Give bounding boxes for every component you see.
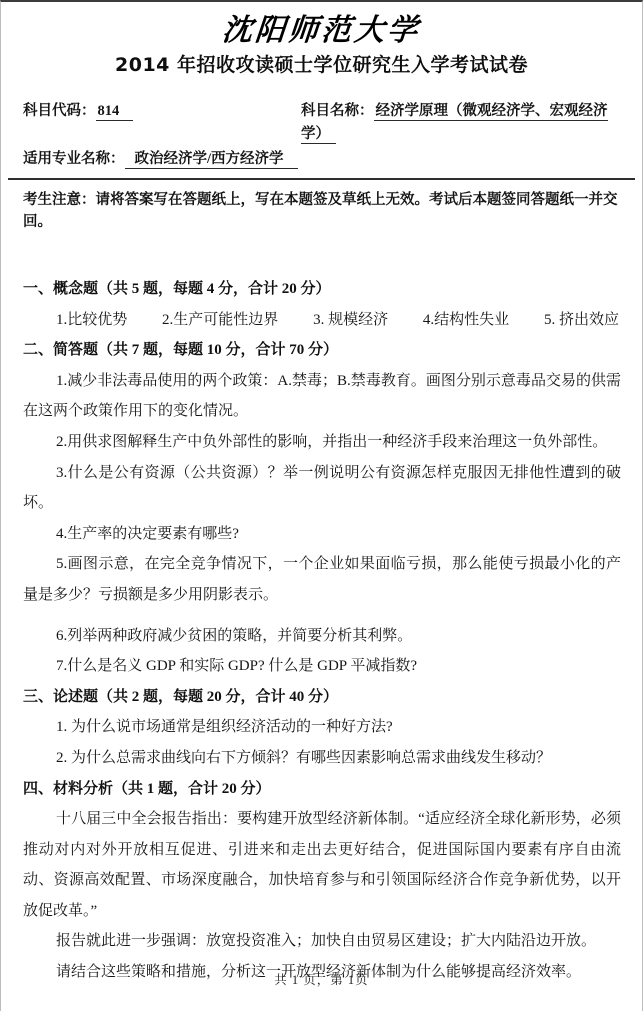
- university-logo: 沈阳师范大学: [0, 5, 643, 49]
- section-4-heading: 四、材料分析（共 1 题，合计 20 分）: [23, 774, 621, 805]
- section-2-question-3: 3.什么是公有资源（公共资源）？举一例说明公有资源怎样克服因无排他性遭到的破坏。: [23, 458, 621, 519]
- subject-name-field: 科目名称：经济学原理（微观经济学、宏观经济学）: [301, 100, 622, 146]
- concept-item-1: 1.比较优势: [56, 305, 127, 336]
- subject-name-label: 科目名称：: [301, 103, 374, 119]
- exam-body: 一、概念题（共 5 题，每题 4 分，合计 20 分） 1.比较优势 2.生产可…: [23, 274, 621, 988]
- concept-item-3: 3. 规模经济: [313, 305, 388, 336]
- subject-info-block: 科目代码：814 科目名称：经济学原理（微观经济学、宏观经济学） 适用专业名称：…: [23, 100, 622, 171]
- concept-items-row: 1.比较优势 2.生产可能性边界 3. 规模经济 4.结构性失业 5. 挤出效应: [23, 305, 621, 336]
- notice-to-candidates: 考生注意：请将答案写在答题纸上，写在本题签及草纸上无效。考试后本题签同答题纸一并…: [23, 189, 624, 233]
- section-1-heading: 一、概念题（共 5 题，每题 4 分，合计 20 分）: [23, 274, 621, 305]
- page-number: 共 1 页，第 1页: [1, 970, 642, 988]
- section-3-question-2: 2. 为什么总需求曲线向右下方倾斜？有哪些因素影响总需求曲线发生移动？: [23, 743, 621, 774]
- subject-info-row-1: 科目代码：814 科目名称：经济学原理（微观经济学、宏观经济学）: [23, 100, 622, 146]
- subject-code-label: 科目代码：: [23, 103, 96, 119]
- section-4-material-paragraph: 十八届三中全会报告指出：要构建开放型经济新体制。“适应经济全球化新形势，必须推动…: [23, 804, 621, 926]
- subject-code-field: 科目代码：814: [23, 100, 301, 146]
- subject-info-row-2: 适用专业名称：政治经济学/西方经济学: [23, 148, 622, 171]
- section-2-question-2: 2.用供求图解释生产中负外部性的影响，并指出一种经济手段来治理这一负外部性。: [23, 427, 621, 458]
- subject-code-value: 814: [96, 103, 134, 121]
- section-3-question-1: 1. 为什么说市场通常是组织经济活动的一种好方法?: [23, 712, 621, 743]
- divider-line: [8, 178, 635, 180]
- section-3-heading: 三、论述题（共 2 题，每题 20 分，合计 40 分）: [23, 682, 621, 713]
- concept-item-5: 5. 挤出效应: [544, 305, 619, 336]
- concept-item-2: 2.生产可能性边界: [162, 305, 278, 336]
- major-label: 适用专业名称：: [23, 151, 125, 167]
- section-4-emphasis-paragraph: 报告就此进一步强调：放宽投资准入；加快自由贸易区建设；扩大内陆沿边开放。: [23, 926, 621, 957]
- major-field: 适用专业名称：政治经济学/西方经济学: [23, 148, 298, 171]
- exam-title: 2014 年招收攻读硕士学位研究生入学考试试卷: [1, 50, 642, 77]
- section-2-heading: 二、简答题（共 7 题，每题 10 分，合计 70 分）: [23, 335, 621, 366]
- section-2-question-4: 4.生产率的决定要素有哪些?: [23, 519, 621, 550]
- section-2-question-6: 6.列举两种政府减少贫困的策略，并简要分析其利弊。: [23, 621, 621, 652]
- concept-item-4: 4.结构性失业: [423, 305, 509, 336]
- section-2-question-1: 1.减少非法毒品使用的两个政策：A.禁毒；B.禁毒教育。画图分别示意毒品交易的供…: [23, 366, 621, 427]
- exam-paper-page: 沈阳师范大学 2014 年招收攻读硕士学位研究生入学考试试卷 科目代码：814 …: [0, 0, 643, 1011]
- section-2-question-7: 7.什么是名义 GDP 和实际 GDP? 什么是 GDP 平减指数?: [23, 651, 621, 682]
- major-value: 政治经济学/西方经济学: [125, 151, 298, 169]
- section-2-question-5: 5.画图示意，在完全竞争情况下，一个企业如果面临亏损，那么能使亏损最小化的产量是…: [23, 549, 621, 610]
